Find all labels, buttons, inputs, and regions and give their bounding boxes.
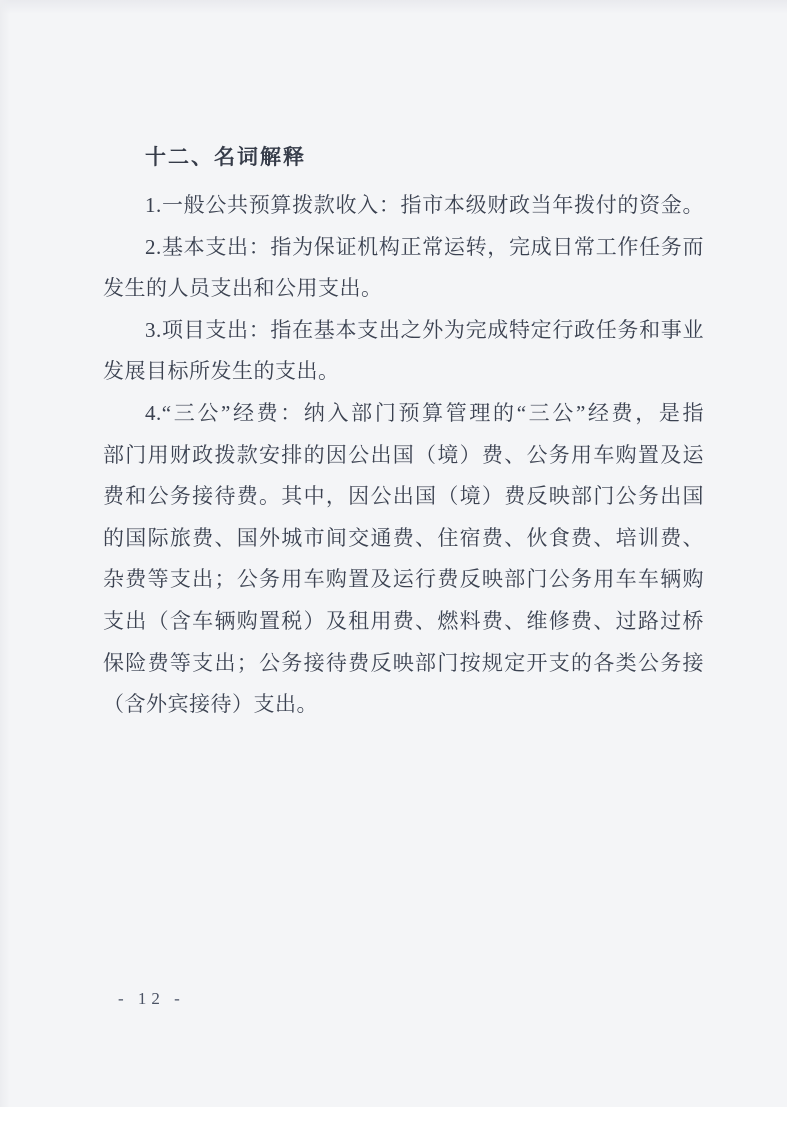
paragraph-4-line: 支出（含车辆购置税）及租用费、燃料费、维修费、过路过桥费、 (103, 601, 704, 643)
scan-top-shadow (0, 0, 787, 14)
paragraph-4-line: （含外宾接待）支出。 (103, 684, 704, 726)
scan-left-shadow (0, 0, 10, 1107)
paragraph-4-line: 4.“三公”经费：纳入部门预算管理的“三公”经费，是指 (103, 393, 704, 435)
paragraph-4-line: 费和公务接待费。其中，因公出国（境）费反映部门公务出国（境） (103, 476, 704, 518)
paragraph-4-line: 的国际旅费、国外城市间交通费、住宿费、伙食费、培训费、公 (103, 518, 704, 560)
paragraph-2-line: 2.基本支出：指为保证机构正常运转，完成日常工作任务而 (103, 227, 704, 269)
section-heading: 十二、名词解释 (145, 143, 306, 173)
document-body: 1.一般公共预算拨款收入：指市本级财政当年拨付的资金。 2.基本支出：指为保证机… (103, 185, 704, 726)
paragraph-1-line: 1.一般公共预算拨款收入：指市本级财政当年拨付的资金。 (103, 185, 704, 227)
page-number: - 12 - (118, 989, 185, 1009)
paragraph-4-line: 保险费等支出；公务接待费反映部门按规定开支的各类公务接待 (103, 643, 704, 685)
paragraph-4-line: 杂费等支出；公务用车购置及运行费反映部门公务用车车辆购置 (103, 559, 704, 601)
paragraph-4-line: 部门用财政拨款安排的因公出国（境）费、公务用车购置及运行 (103, 435, 704, 477)
paragraph-2-line: 发生的人员支出和公用支出。 (103, 268, 704, 310)
scanned-page: 十二、名词解释 1.一般公共预算拨款收入：指市本级财政当年拨付的资金。 2.基本… (0, 0, 787, 1107)
paragraph-3-line: 3.项目支出：指在基本支出之外为完成特定行政任务和事业 (103, 310, 704, 352)
paragraph-3-line: 发展目标所发生的支出。 (103, 351, 704, 393)
